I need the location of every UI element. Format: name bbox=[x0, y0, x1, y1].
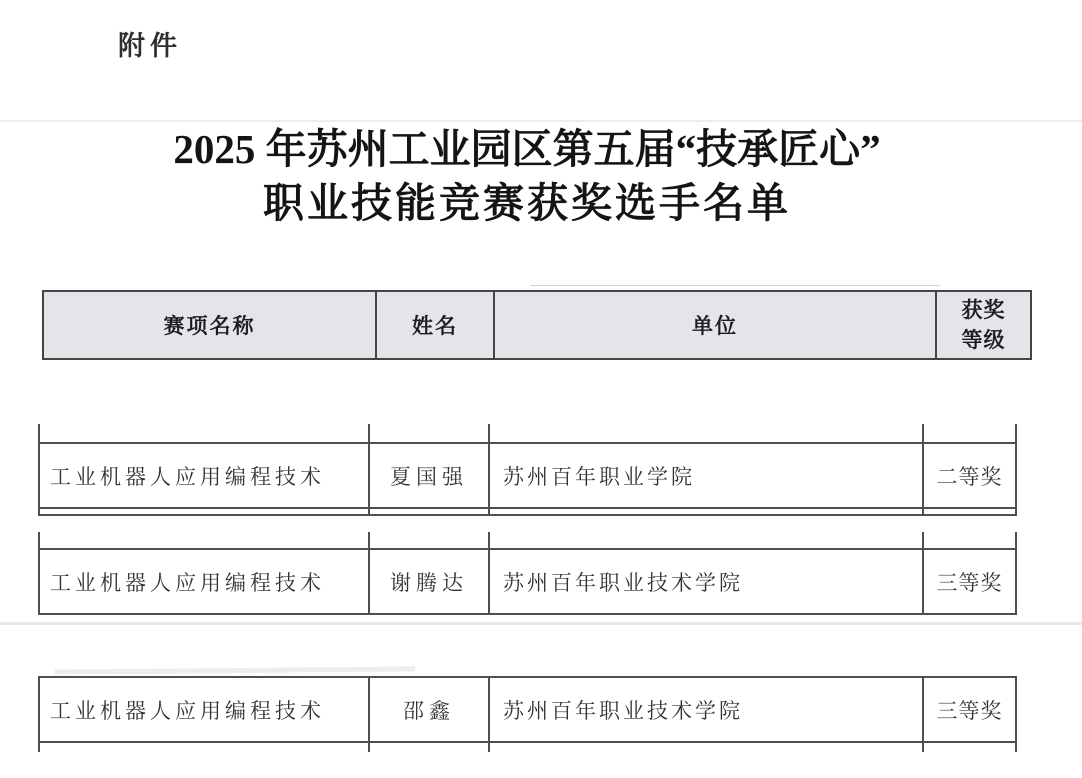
cell-name: 谢腾达 bbox=[370, 550, 490, 613]
cell-award: 三等奖 bbox=[924, 550, 1015, 613]
fragment-cell bbox=[40, 509, 370, 514]
document-title-line2: 职业技能竞赛获奖选手名单 bbox=[0, 176, 1068, 230]
column-header-name: 姓名 bbox=[377, 292, 495, 358]
attachment-label: 附件 bbox=[118, 24, 182, 63]
column-header-award-line1: 获奖 bbox=[962, 295, 1006, 325]
cell-event: 工业机器人应用编程技术 bbox=[40, 678, 370, 741]
fragment-cell bbox=[490, 509, 924, 514]
cell-name: 邵鑫 bbox=[370, 678, 490, 741]
column-header-unit: 单位 bbox=[495, 292, 937, 358]
scan-smudge bbox=[55, 666, 415, 674]
fragment-cell bbox=[40, 743, 370, 752]
table-row: 工业机器人应用编程技术 谢腾达 苏州百年职业技术学院 三等奖 bbox=[38, 548, 1017, 615]
cell-event: 工业机器人应用编程技术 bbox=[40, 444, 370, 507]
cell-unit: 苏州百年职业学院 bbox=[490, 444, 924, 507]
fragment-cell bbox=[924, 532, 1015, 548]
clipped-row-fragment bbox=[38, 509, 1017, 516]
table-row: 工业机器人应用编程技术 邵鑫 苏州百年职业技术学院 三等奖 bbox=[38, 676, 1017, 743]
cell-name: 夏国强 bbox=[370, 444, 490, 507]
table-header-row: 赛项名称 姓名 单位 获奖 等级 bbox=[42, 290, 1032, 360]
cell-unit: 苏州百年职业技术学院 bbox=[490, 550, 924, 613]
fragment-cell bbox=[40, 424, 370, 442]
cell-award: 二等奖 bbox=[924, 444, 1015, 507]
fragment-cell bbox=[40, 532, 370, 548]
column-header-award-line2: 等级 bbox=[962, 325, 1006, 355]
clipped-row-fragment bbox=[38, 743, 1017, 752]
clipped-row-fragment bbox=[38, 532, 1017, 548]
fragment-cell bbox=[490, 532, 924, 548]
fragment-cell bbox=[924, 743, 1015, 752]
fragment-cell bbox=[370, 532, 490, 548]
cell-award: 三等奖 bbox=[924, 678, 1015, 741]
document-title: 2025 年苏州工业园区第五届“技承匠心” 职业技能竞赛获奖选手名单 bbox=[0, 122, 1068, 230]
fragment-cell bbox=[370, 509, 490, 514]
fragment-cell bbox=[490, 743, 924, 752]
fragment-cell bbox=[924, 424, 1015, 442]
fragment-cell bbox=[490, 424, 924, 442]
scan-artifact-line bbox=[530, 285, 940, 286]
column-header-event: 赛项名称 bbox=[44, 292, 377, 358]
cell-event: 工业机器人应用编程技术 bbox=[40, 550, 370, 613]
column-header-award: 获奖 等级 bbox=[937, 292, 1030, 358]
table-row: 工业机器人应用编程技术 夏国强 苏州百年职业学院 二等奖 bbox=[38, 442, 1017, 509]
fragment-cell bbox=[924, 509, 1015, 514]
clipped-row-fragment bbox=[38, 424, 1017, 442]
cell-unit: 苏州百年职业技术学院 bbox=[490, 678, 924, 741]
fragment-cell bbox=[370, 424, 490, 442]
scan-artifact-line bbox=[0, 622, 1082, 625]
scanned-document-page: 附件 2025 年苏州工业园区第五届“技承匠心” 职业技能竞赛获奖选手名单 赛项… bbox=[0, 0, 1082, 778]
fragment-cell bbox=[370, 743, 490, 752]
document-title-line1: 2025 年苏州工业园区第五届“技承匠心” bbox=[0, 122, 1068, 176]
